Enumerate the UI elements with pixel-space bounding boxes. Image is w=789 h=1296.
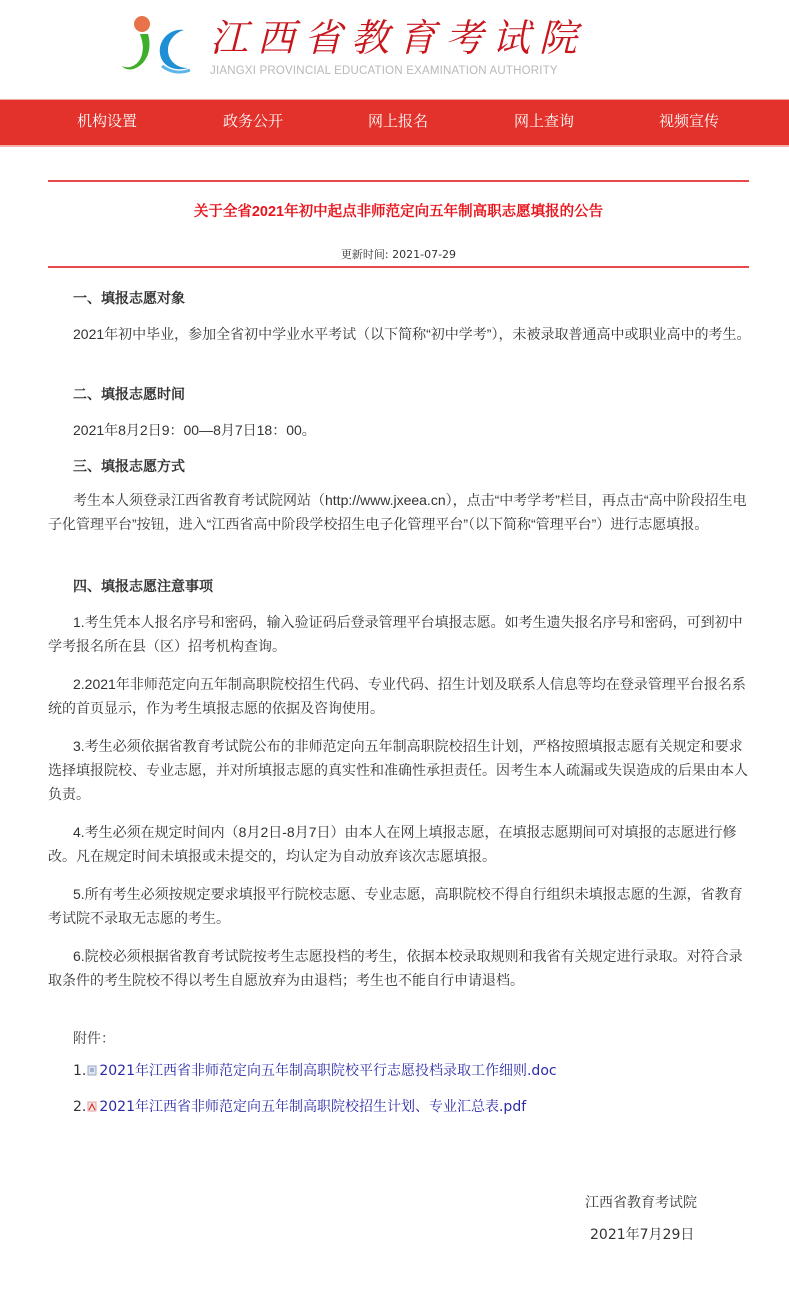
nav-item-government-affairs[interactable]: 政务公开 — [198, 100, 308, 142]
signature-org: 江西省教育考试院 — [585, 1192, 697, 1212]
section-body: 2021年8月2日9：00—8月7日18：00。 — [48, 418, 751, 442]
signature-date: 2021年7月29日 — [590, 1224, 694, 1244]
paragraph: 3.考生必须依据省教育考试院公布的非师范定向五年制高职院校招生计划，严格按照填报… — [48, 734, 751, 806]
attachment-item: 2.2021年江西省非师范定向五年制高职院校招生计划、专业汇总表.pdf — [73, 1096, 526, 1116]
paragraph: 2.2021年非师范定向五年制高职院校招生代码、专业代码、招生计划及联系人信息等… — [48, 672, 751, 720]
divider-top — [48, 180, 749, 182]
paragraph: 4.考生必须在规定时间内（8月2日-8月7日）由本人在网上填报志愿，在填报志愿期… — [48, 820, 751, 868]
section-heading: 四、填报志愿注意事项 — [73, 576, 213, 596]
paragraph: 1.考生凭本人报名序号和密码，输入验证码后登录管理平台填报志愿。如考生遗失报名序… — [48, 610, 751, 658]
paragraph: 6.院校必须根据省教育考试院按考生志愿投档的考生，依据本校录取规则和我省有关规定… — [48, 944, 751, 992]
site-title: 江西省教育考试院 — [210, 14, 586, 62]
site-header: 江西省教育考试院 JIANGXI PROVINCIAL EDUCATION EX… — [0, 0, 789, 98]
pdf-file-icon — [87, 1100, 97, 1111]
main-nav: 机构设置 政务公开 网上报名 网上查询 视频宣传 — [0, 99, 789, 145]
attachment-number: 1. — [73, 1063, 86, 1079]
attachment-number: 2. — [73, 1099, 86, 1115]
paragraph: 考生本人须登录江西省教育考试院网站（http://www.jxeea.cn），点… — [48, 488, 751, 536]
logo-icon[interactable] — [122, 14, 194, 78]
attachment-item: 1.2021年江西省非师范定向五年制高职院校平行志愿投档录取工作细则.doc — [73, 1060, 557, 1080]
nav-item-organization[interactable]: 机构设置 — [52, 100, 162, 142]
attachment-link-pdf[interactable]: 2021年江西省非师范定向五年制高职院校招生计划、专业汇总表.pdf — [99, 1099, 526, 1115]
paragraph: 2021年初中毕业，参加全省初中学业水平考试（以下简称“初中学考”），未被录取普… — [48, 322, 751, 346]
attachments-label: 附件： — [73, 1028, 115, 1048]
update-time: 更新时间: 2021-07-29 — [48, 246, 749, 262]
section-heading: 三、填报志愿方式 — [73, 456, 185, 476]
nav-item-online-query[interactable]: 网上查询 — [489, 100, 599, 142]
paragraph: 2021年8月2日9：00—8月7日18：00。 — [48, 418, 751, 442]
site-subtitle: JIANGXI PROVINCIAL EDUCATION EXAMINATION… — [210, 65, 558, 77]
section-body: 考生本人须登录江西省教育考试院网站（http://www.jxeea.cn），点… — [48, 488, 751, 536]
divider-bottom — [48, 266, 749, 268]
section-heading: 二、填报志愿时间 — [73, 384, 185, 404]
attachment-link-doc[interactable]: 2021年江西省非师范定向五年制高职院校平行志愿投档录取工作细则.doc — [99, 1063, 556, 1079]
section-body: 1.考生凭本人报名序号和密码，输入验证码后登录管理平台填报志愿。如考生遗失报名序… — [48, 610, 751, 992]
doc-file-icon — [87, 1064, 97, 1075]
section-body: 2021年初中毕业，参加全省初中学业水平考试（以下简称“初中学考”），未被录取普… — [48, 322, 751, 346]
nav-item-online-registration[interactable]: 网上报名 — [343, 100, 453, 142]
nav-item-video[interactable]: 视频宣传 — [634, 100, 744, 142]
paragraph: 5.所有考生必须按规定要求填报平行院校志愿、专业志愿，高职院校不得自行组织未填报… — [48, 882, 751, 930]
article-title: 关于全省2021年初中起点非师范定向五年制高职志愿填报的公告 — [48, 200, 749, 221]
section-heading: 一、填报志愿对象 — [73, 288, 185, 308]
